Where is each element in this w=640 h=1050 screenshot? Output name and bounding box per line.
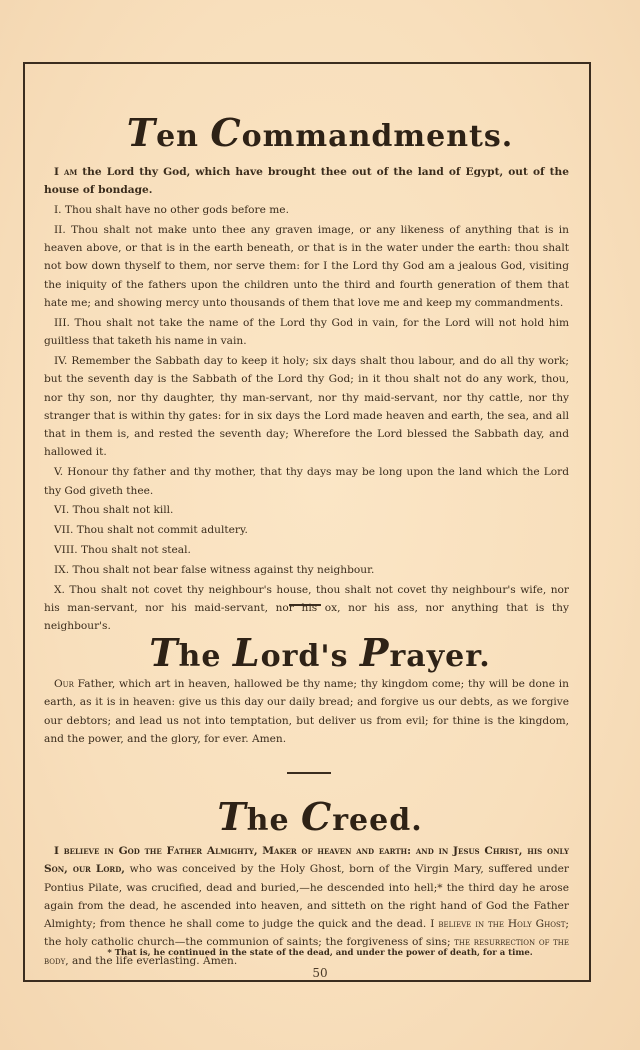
commandment-numeral: III. xyxy=(54,317,70,329)
commandment-item: I. Thou shalt have no other gods before … xyxy=(44,201,569,219)
commandment-numeral: VII. xyxy=(54,524,73,536)
heading-text: rayer. xyxy=(389,639,490,674)
commandment-numeral: I. xyxy=(54,204,62,216)
commandment-text: Thou shalt not commit adultery. xyxy=(73,524,248,536)
heading-initial: C xyxy=(301,794,332,839)
heading-initial: P xyxy=(360,630,390,675)
commandment-text: Thou shalt not steal. xyxy=(78,544,191,556)
heading-text: ommandments. xyxy=(242,119,514,154)
lords-prayer-text: Our Father, which art in heaven, hallowe… xyxy=(44,675,569,750)
commandment-numeral: IV. xyxy=(54,355,67,367)
footnote: * That is, he continued in the state of … xyxy=(0,948,640,958)
commandment-text: Thou shalt not take the name of the Lord… xyxy=(44,317,569,347)
preamble-lead: I am xyxy=(54,166,77,178)
creed-heading: The Creed. xyxy=(0,794,640,839)
commandment-text: Thou shalt have no other gods before me. xyxy=(62,204,289,216)
book-page: Ten Commandments. I am the Lord thy God,… xyxy=(0,0,640,1050)
commandment-numeral: VIII. xyxy=(54,544,78,556)
prayer-lead: Our xyxy=(54,678,74,690)
commandment-item: IV. Remember the Sabbath day to keep it … xyxy=(44,352,569,462)
page-number: 50 xyxy=(0,966,640,980)
commandment-item: VII. Thou shalt not commit adultery. xyxy=(44,521,569,539)
heading-initial: T xyxy=(217,794,246,839)
commandment-numeral: VI. xyxy=(54,504,69,516)
section-divider xyxy=(287,772,331,774)
commandment-text: Thou shalt not bear false witness agains… xyxy=(69,564,374,576)
commandment-text: Remember the Sabbath day to keep it holy… xyxy=(44,355,569,458)
commandment-item: VIII. Thou shalt not steal. xyxy=(44,541,569,559)
prayer-paragraph: Our Father, which art in heaven, hallowe… xyxy=(44,675,569,748)
commandment-text: Thou shalt not make unto thee any graven… xyxy=(44,224,569,309)
commandment-item: VI. Thou shalt not kill. xyxy=(44,501,569,519)
section-divider xyxy=(289,604,321,606)
commandments-text: I am the Lord thy God, which have brough… xyxy=(44,163,569,637)
prayer-body: Father, which art in heaven, hallowed be… xyxy=(44,678,569,745)
commandment-item: X. Thou shalt not covet thy neighbour's … xyxy=(44,581,569,636)
heading-text: he xyxy=(247,803,301,838)
preamble-text: the Lord thy God, which have brought the… xyxy=(44,166,569,196)
commandment-item: II. Thou shalt not make unto thee any gr… xyxy=(44,221,569,312)
heading-text: he xyxy=(179,639,233,674)
commandment-item: IX. Thou shalt not bear false witness ag… xyxy=(44,561,569,579)
heading-initial: T xyxy=(149,630,178,675)
commandment-numeral: IX. xyxy=(54,564,69,576)
heading-initial: T xyxy=(127,110,156,155)
commandments-preamble: I am the Lord thy God, which have brough… xyxy=(44,163,569,200)
commandment-numeral: X. xyxy=(54,584,65,596)
commandment-text: Thou shalt not covet thy neighbour's hou… xyxy=(44,584,569,633)
commandment-text: Honour thy father and thy mother, that t… xyxy=(44,466,569,496)
heading-text: en xyxy=(156,119,210,154)
lords-prayer-heading: The Lord's Prayer. xyxy=(0,630,640,675)
ten-commandments-heading: Ten Commandments. xyxy=(0,110,640,155)
commandment-text: Thou shalt not kill. xyxy=(69,504,173,516)
heading-text: ord's xyxy=(261,639,360,674)
heading-initial: L xyxy=(233,630,261,675)
heading-initial: C xyxy=(210,110,241,155)
commandment-item: V. Honour thy father and thy mother, tha… xyxy=(44,463,569,500)
heading-text: reed. xyxy=(332,803,422,838)
creed-smallcaps: I believe in the Holy Ghost xyxy=(430,918,565,930)
commandment-numeral: V. xyxy=(54,466,63,478)
commandment-numeral: II. xyxy=(54,224,66,236)
commandment-item: III. Thou shalt not take the name of the… xyxy=(44,314,569,351)
